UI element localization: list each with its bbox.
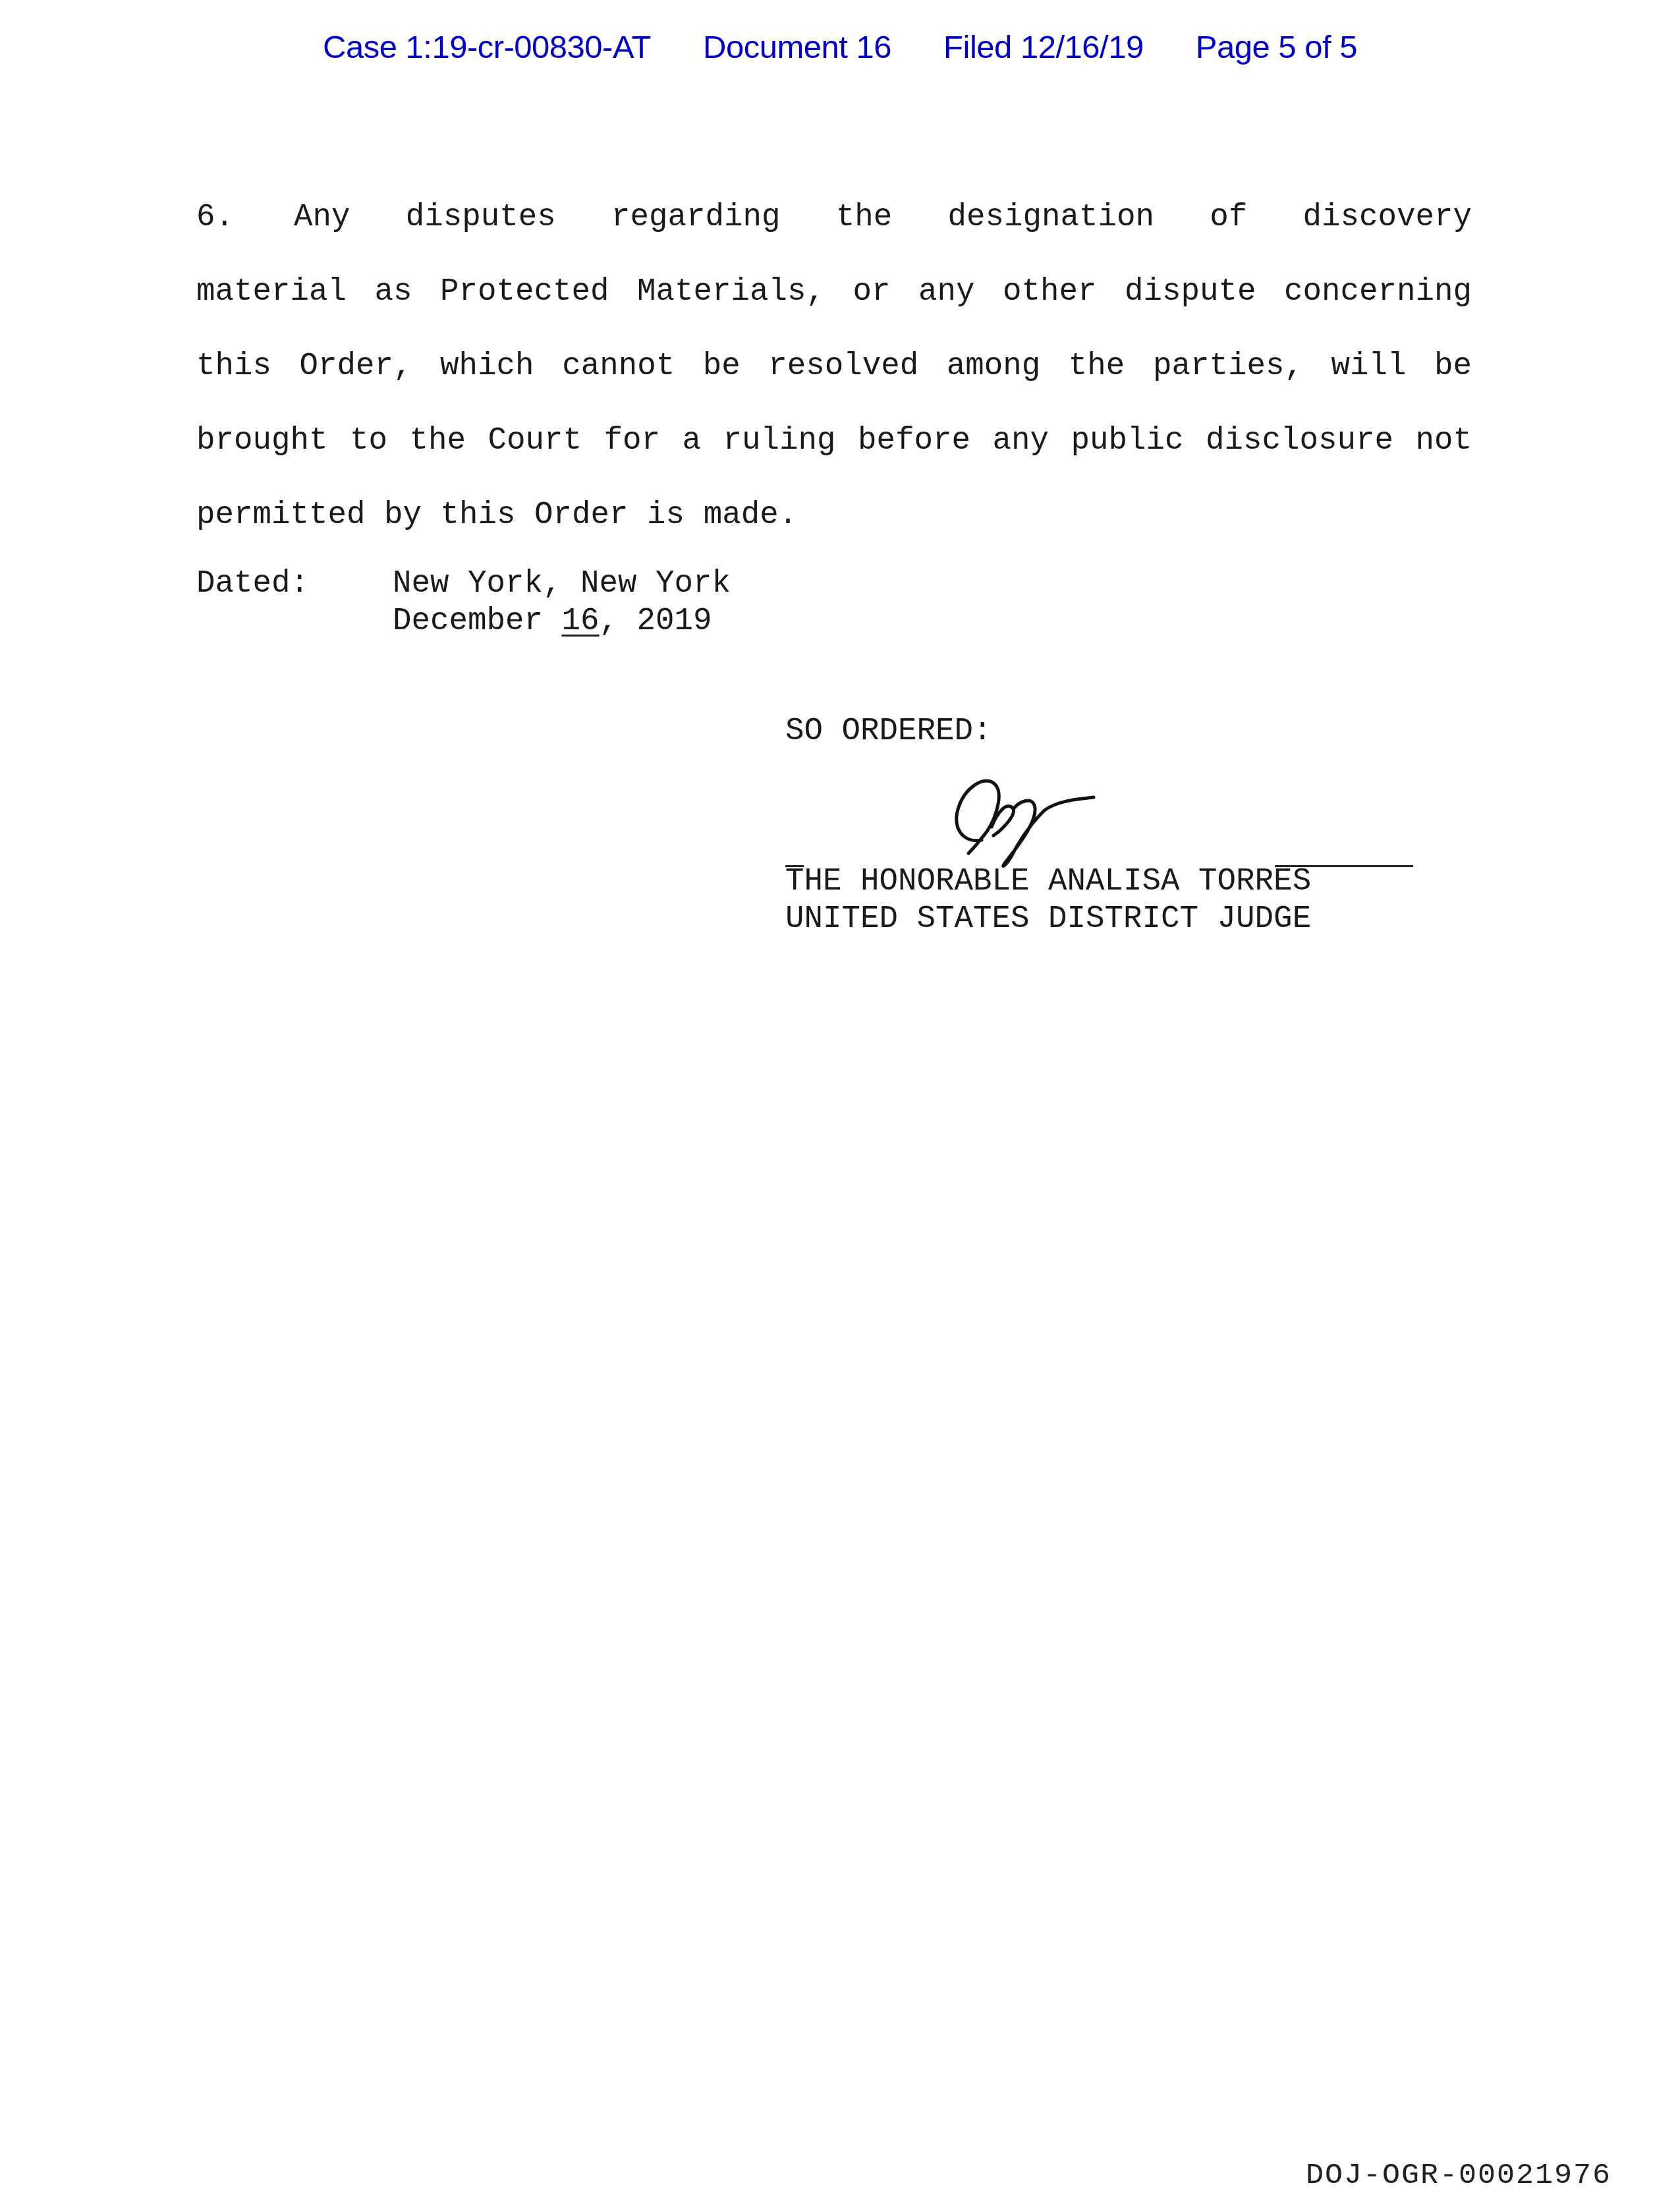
bates-number: DOJ-OGR-00021976 bbox=[1306, 2159, 1611, 2192]
date-year: , 2019 bbox=[600, 604, 712, 639]
filed-date: Filed 12/16/19 bbox=[943, 29, 1144, 66]
signature-icon bbox=[936, 764, 1146, 870]
so-ordered-label: SO ORDERED: bbox=[785, 714, 992, 749]
case-number: Case 1:19-cr-00830-AT bbox=[323, 29, 651, 66]
page-indicator: Page 5 of 5 bbox=[1196, 29, 1357, 66]
case-header: Case 1:19-cr-00830-AT Document 16 Filed … bbox=[0, 29, 1680, 66]
paragraph-line: material as Protected Materials, or any … bbox=[196, 272, 1472, 312]
document-number: Document 16 bbox=[703, 29, 891, 66]
paragraph-line: Any disputes regarding the designation o… bbox=[294, 198, 1472, 237]
paragraph-line: permitted by this Order is made. bbox=[196, 496, 1472, 535]
dated-date: December 16, 2019 bbox=[393, 603, 712, 640]
date-month: December bbox=[393, 604, 543, 639]
judge-title: UNITED STATES DISTRICT JUDGE bbox=[785, 901, 1311, 938]
paragraph-line: this Order, which cannot be resolved amo… bbox=[196, 347, 1472, 386]
judge-block: THE HONORABLE ANALISA TORRES UNITED STAT… bbox=[785, 863, 1311, 938]
paragraph-number: 6. bbox=[196, 198, 234, 237]
dated-label: Dated: bbox=[196, 565, 309, 603]
date-day: 16 bbox=[562, 604, 600, 639]
dated-place: New York, New York bbox=[393, 565, 731, 603]
judge-name: THE HONORABLE ANALISA TORRES bbox=[785, 863, 1311, 901]
paragraph-line: brought to the Court for a ruling before… bbox=[196, 421, 1472, 461]
